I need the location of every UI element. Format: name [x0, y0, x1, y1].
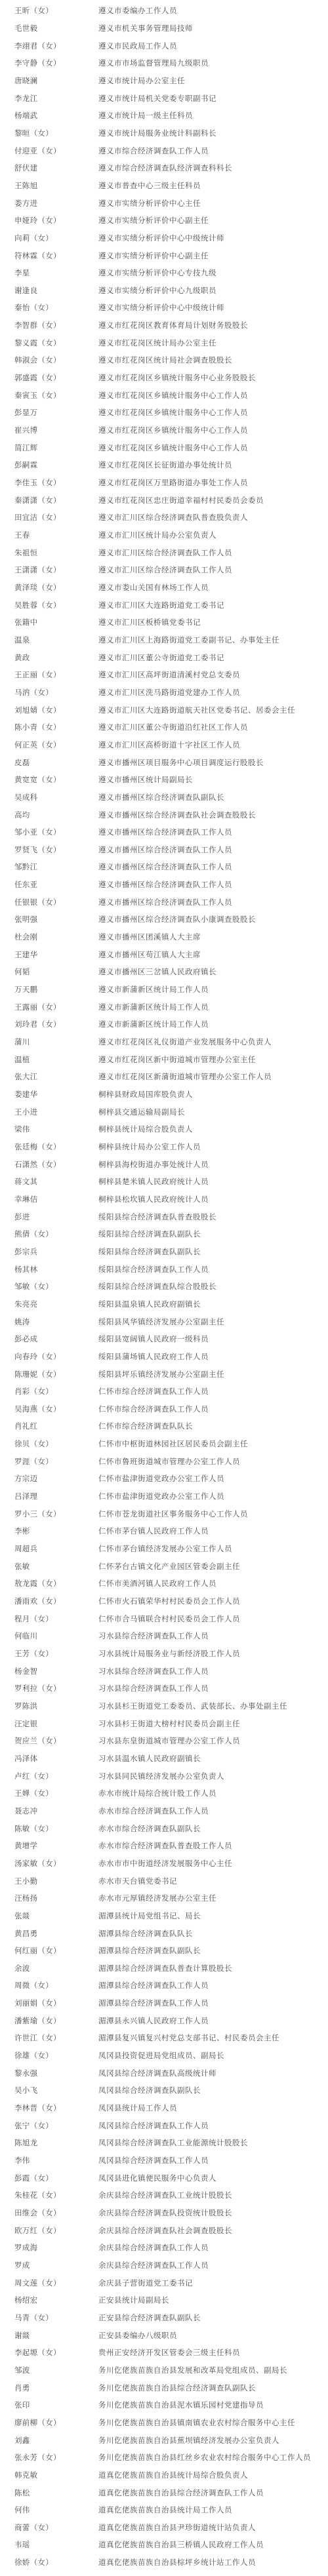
person-name: 吴小飞: [14, 2085, 37, 2095]
person-position: 桐梓县统计局综合股负责人: [98, 1124, 193, 1134]
person-name: 黄政: [14, 652, 30, 663]
list-item: 陈松道真仡佬族苗族自治县综合经济调查队工作人员: [0, 2484, 328, 2501]
person-name: 陈小青（女）: [14, 722, 61, 732]
person-name: 郭盛霞（女）: [14, 372, 61, 383]
person-name: 黎永强: [14, 2068, 37, 2078]
list-item: 商蕾（女）道真仡佬族苗族自治县尹珍街道统计站负责人: [0, 2519, 328, 2537]
person-name: 黄昌勇: [14, 1928, 37, 1939]
person-position: 道真仡佬族苗族自治县三桥镇人民政府工作人员: [98, 2539, 264, 2550]
list-item: 程月（女）仁怀市合马镇联合村村民委员会工作人员: [0, 1610, 328, 1627]
person-name: 申娅玲（女）: [14, 215, 61, 226]
list-item: 马汭（女）遵义市汇川区洗马路街道党建办工作人员: [0, 684, 328, 702]
list-item: 温泉遵义市汇川区上海路街道党工委副书记、办事处主任: [0, 631, 328, 649]
person-position: 遵义市汇川区高桥街道十字社区工作人员: [98, 740, 240, 750]
person-name: 方宗迈: [14, 1473, 37, 1484]
person-name: 任银银（女）: [14, 897, 61, 907]
person-position: 仁怀市综合经济调查队队长: [98, 1421, 193, 1431]
person-position: 务川仡佬族苗族自治县蕉坝镇经济发展办公室负责人: [98, 2435, 279, 2446]
person-name: 陈珊妮（女）: [14, 1369, 61, 1379]
person-position: 遵义市播州区综合经济调查队工作人员: [98, 879, 232, 890]
list-item: 申娅玲（女）遵义市实绩分析评价中心副主任: [0, 212, 328, 229]
person-position: 遵义市市场监督管理局九级职员: [98, 58, 209, 68]
person-position: 仁怀市鲁班街道城市管理办公室工作人员: [98, 1456, 240, 1467]
person-name: 李智群（女）: [14, 320, 61, 330]
person-name: 余波: [14, 1963, 30, 1973]
person-name: 徐贝（女）: [14, 1438, 53, 1449]
person-position: 凤冈县综合经济调查队工作人员: [98, 2155, 209, 2166]
list-item: 罗陈洪习水县杉王街道党工委委员、武装部长、办事处副主任: [0, 1697, 328, 1715]
list-item: 王婵（女）赤水市统计局综合统计股工作人员: [0, 1785, 328, 1802]
list-item: 向莉（女）遵义市实绩分析评价中心中级统计师: [0, 229, 328, 247]
list-item: 吴小飞凤冈县综合经济调查队副队长: [0, 2082, 328, 2099]
person-name: 廖前柳（女）: [14, 2417, 61, 2428]
person-position: 绥阳县坪乐镇经济发展办公室副主任: [98, 1369, 224, 1379]
person-position: 绥阳县综合经济调查队副队长: [98, 1246, 201, 1257]
person-name: 汪定银: [14, 1718, 37, 1729]
list-item: 陈小青（女）遵义市汇川区董公寺街道沿红社区工作人员: [0, 719, 328, 736]
person-position: 仁怀市盐津街道党政办公室工作人员: [98, 1491, 224, 1501]
list-item: 杨其林绥阳县综合经济调查队工作人员: [0, 1260, 328, 1278]
list-item: 刘鑫务川仡佬族苗族自治县蕉坝镇经济发展办公室负责人: [0, 2431, 328, 2449]
person-position: 遵义市综合经济调查队经济调查科科长: [98, 163, 232, 173]
list-item: 黎义霞（女）遵义市红花岗区统计局办公室主任: [0, 334, 328, 351]
person-name: 邹小亚（女）: [14, 827, 61, 837]
person-name: 李翊君（女）: [14, 41, 61, 51]
person-position: 习水县杉王街道党工委委员、武装部长、办事处副主任: [98, 1701, 287, 1711]
person-name: 周文莲（女）: [14, 2278, 61, 2288]
list-item: 廖前柳（女）务川仡佬族苗族自治县镇南镇农业农村综合服务中心主任: [0, 2414, 328, 2432]
list-item: 李龙江遵义市统计局机关党委专职副书记: [0, 89, 328, 107]
person-name: 张宁（女）: [14, 2120, 53, 2131]
person-position: 习水县同民镇经济发展办公室负责人: [98, 1771, 224, 1781]
list-item: 黎永强凤冈县综合经济调查队高级统计师: [0, 2064, 328, 2082]
person-name: 李守静（女）: [14, 58, 61, 68]
person-position: 务川仡佬族苗族自治县发展和改革局党组成员、副局长: [98, 2365, 287, 2375]
person-position: 遵义市新蒲新区统计局工作人员: [98, 984, 209, 995]
person-name: 陈松: [14, 2487, 30, 2498]
person-name: 唐晓澜: [14, 75, 37, 86]
person-position: 遵义市汇川区综合经济调查队普查股负责人: [98, 512, 248, 523]
person-name: 马青（女）: [14, 2312, 53, 2323]
person-position: 桐梓县楚米镇人民政府统计人员: [98, 1176, 209, 1187]
person-name: 罗陈洪: [14, 1701, 37, 1711]
person-position: 遵义市红花岗区乡镇统计服务中心工作人员: [98, 390, 248, 401]
person-position: 遵义市播州区综合经济调查队工作人员: [98, 844, 232, 855]
list-item: 蒲川遵义市红花岗区礼仪街道产业发展服务中心负责人: [0, 1033, 328, 1051]
person-name: 蒲川: [14, 1037, 30, 1047]
person-name: 秦寅玉（女）: [14, 390, 61, 401]
list-item: 邹波务川仡佬族苗族自治县发展和改革局党组成员、副局长: [0, 2362, 328, 2379]
person-name: 程月（女）: [14, 1614, 53, 1624]
list-item: 谢燚正安县委编办八级职员: [0, 2326, 328, 2344]
list-item: 任东亚遵义市播州区综合经济调查队工作人员: [0, 876, 328, 894]
list-item: 朱亮亮绥阳县温泉镇人民政府副镇长: [0, 1296, 328, 1313]
list-item: 黄泽琰（女）遵义市娄山关国有林场工作人员: [0, 579, 328, 597]
person-position: 余庆县综合经济调查队社会调查股股长: [98, 2225, 232, 2236]
list-item: 徐贝（女）仁怀市中枢街道林园社区居民委员会副主任: [0, 1435, 328, 1453]
person-position: 正安县统计局副局长: [98, 2295, 169, 2305]
person-position: 务川仡佬族苗族自治县红丝乡农业农村综合服务中心工作人员: [98, 2452, 311, 2463]
list-item: 罗涯（女）仁怀市鲁班街道城市管理办公室工作人员: [0, 1452, 328, 1470]
list-item: 汪定银习水县杉王街道大榜村村民委员会副主任: [0, 1714, 328, 1732]
person-name: 任东亚: [14, 879, 37, 890]
person-position: 遵义市实绩分析评价中心副主任: [98, 250, 209, 261]
person-position: 遵义市委编办工作人员: [98, 5, 177, 16]
person-position: 遵义市实绩分析评价中心中级统计师: [98, 233, 224, 243]
person-position: 务川仡佬族苗族自治县镇南镇农业农村综合服务中心主任: [98, 2417, 295, 2428]
list-item: 罗贤飞（女）遵义市播州区综合经济调查队工作人员: [0, 841, 328, 859]
person-name: 崔兴博: [14, 425, 37, 435]
person-position: 仁怀市合马镇联合村村民委员会工作人员: [98, 1614, 240, 1624]
person-name: 邹敏（女）: [14, 1281, 53, 1292]
person-position: 遵义市播州区综合经济调查队工作人员: [98, 827, 232, 837]
person-name: 黄泽琰（女）: [14, 582, 61, 593]
person-position: 遵义市实绩分析评价中心主任: [98, 198, 201, 208]
person-name: 朱亮亮: [14, 1299, 37, 1309]
person-position: 赤水市统计局综合统计股工作人员: [98, 1788, 216, 1798]
person-position: 余庆县综合经济调查队工业统计股股长: [98, 2190, 232, 2200]
person-name: 李龙江: [14, 93, 37, 104]
person-position: 桐梓县财政局国库股负责人: [98, 1089, 193, 1100]
person-name: 何临川: [14, 1631, 37, 1641]
person-position: 凤冈县投资促进局党组成员、副局长: [98, 2050, 224, 2061]
list-item: 黄宽宽（女）遵义市播州区统计局副局长: [0, 771, 328, 789]
list-item: 邹小亚（女）遵义市播州区综合经济调查队工作人员: [0, 823, 328, 841]
list-item: 杨绍宏正安县统计局副局长: [0, 2291, 328, 2309]
list-item: 李起塬（女）贵州正安经济开发区管委会三级主任科员: [0, 2344, 328, 2362]
person-name: 周微（女）: [14, 1980, 53, 1991]
person-name: 刘旭婧（女）: [14, 705, 61, 715]
list-item: 周文莲（女）余庆县子营街道党工委书记: [0, 2274, 328, 2291]
list-item: 黄昌勇湄潭县综合经济调查队队长: [0, 1924, 328, 1942]
person-position: 遵义市红花岗区万里路街道办事处工作人员: [98, 477, 248, 488]
list-item: 罗成海余庆县综合经济调查队工作人员: [0, 2239, 328, 2257]
person-name: 向春玲（女）: [14, 1351, 61, 1362]
person-name: 徐雄（女）: [14, 2050, 53, 2061]
list-item: 符林霖（女）遵义市实绩分析评价中心副主任: [0, 247, 328, 264]
person-position: 遵义市汇川区董公寺街道党工委书记: [98, 652, 224, 663]
person-name: 罗小三（女）: [14, 1509, 61, 1519]
person-name: 彭显万: [14, 407, 37, 418]
list-item: 娄方进遵义市实绩分析评价中心主任: [0, 194, 328, 212]
person-name: 王建华: [14, 949, 37, 960]
person-position: 遵义市红花岗区统计局社会调查股股长: [98, 355, 232, 365]
person-position: 遵义市播州区综合经济调查队工作人员: [98, 862, 232, 872]
list-item: 王芳（女）习水县统计局服务业与新经济股工作人员: [0, 1645, 328, 1663]
person-name: 韩克敏: [14, 2470, 37, 2480]
list-item: 李佳玉（女）遵义市红花岗区万里路街道办事处工作人员: [0, 474, 328, 492]
list-item: 罗利拉（女）习水县综合经济调查队工作人员: [0, 1680, 328, 1697]
person-name: 杨其林: [14, 1264, 37, 1275]
person-position: 遵义市红花岗区乡镇统计服务中心工作人员: [98, 443, 248, 453]
person-name: 王芳（女）: [14, 1648, 53, 1659]
list-item: 石潇然（女）桐梓县海校街道办事处统计人员: [0, 1155, 328, 1173]
person-position: 仁怀市美酒河镇人民政府工作人员: [98, 1578, 216, 1589]
person-name: 谢燚: [14, 2330, 30, 2341]
person-position: 遵义市汇川区董公寺街道沿红社区工作人员: [98, 722, 248, 732]
person-position: 遵义市统计局机关党委专职副书记: [98, 93, 216, 104]
person-name: 周超兵: [14, 1543, 37, 1554]
person-name: 肖彩（女）: [14, 1386, 53, 1397]
list-item: 杨金智习水县综合经济调查队工作人员: [0, 1662, 328, 1680]
person-position: 遵义市红花岗区新蒲街道城市管理办公室工作人员: [98, 1071, 272, 1082]
person-name: 罗涯（女）: [14, 1456, 53, 1467]
person-name: 温植: [14, 1054, 30, 1065]
name-position-list: 王昕（女）遵义市委编办工作人员毛世毅遵义市机关事务管理局技师李翊君（女）遵义市民…: [0, 2, 328, 2571]
person-position: 遵义市播州区团溪镇人大主席: [98, 932, 201, 942]
list-item: 吕泽理仁怀市盐津街道党政办公室工作人员: [0, 1488, 328, 1505]
person-position: 仁怀市火石镇荣华村村民委员会工作人员: [98, 1596, 240, 1606]
person-name: 皮磊: [14, 757, 30, 768]
person-position: 湄潭县综合经济调查队工作人员: [98, 1998, 209, 2008]
list-item: 敖龙霞（女）仁怀市美酒河镇人民政府工作人员: [0, 1575, 328, 1593]
person-position: 习水县综合经济调查队工作人员: [98, 1666, 209, 1676]
list-item: 张廷梅（女）桐梓县统计局办公室工作人员: [0, 1138, 328, 1156]
person-position: 遵义市实绩分析评价中心九级职员: [98, 285, 216, 296]
person-name: 王陈旭: [14, 180, 37, 191]
person-position: 凤冈县进化镇便民服务中心负责人: [98, 2173, 216, 2183]
person-name: 刘玲君（女）: [14, 1019, 61, 1029]
person-name: 彭霞（女）: [14, 2173, 53, 2183]
person-name: 张大江: [14, 1071, 37, 1082]
person-name: 欧万红（女）: [14, 2225, 61, 2236]
list-item: 张宁（女）凤冈县综合经济调查队工作人员: [0, 2116, 328, 2134]
list-item: 冯泽体习水县温水镇人民政府副镇长: [0, 1750, 328, 1768]
person-name: 张印: [14, 2400, 30, 2410]
list-item: 彭显万遵义市红花岗区乡镇统计服务中心工作人员: [0, 404, 328, 422]
list-item: 肖勇务川仡佬族苗族自治县综合经济调查队副队长: [0, 2379, 328, 2396]
list-item: 谢逢良遵义市实绩分析评价中心九级职员: [0, 282, 328, 300]
person-name: 罗贤飞（女）: [14, 844, 61, 855]
person-name: 毛世毅: [14, 23, 37, 33]
list-item: 徐娇（女）道真仡佬族苗族自治县棕坪乡统计站工作人员: [0, 2554, 328, 2571]
list-item: 何红丽（女）湄潭县综合经济调查队副队长: [0, 1942, 328, 1960]
person-position: 凤冈县综合经济调查队高级统计师: [98, 2068, 216, 2078]
person-name: 彭必成: [14, 1334, 37, 1344]
list-item: 皮磊遵义市播州区项目服务中心项目调度运行股股长: [0, 753, 328, 771]
person-position: 仁怀市苍龙街道社区事务服务中心工作人员: [98, 1509, 248, 1519]
list-item: 韩淑会（女）遵义市红花岗区统计局社会调查股股长: [0, 351, 328, 369]
person-position: 务川仡佬族苗族自治县综合经济调查队副队长: [98, 2383, 256, 2393]
list-item: 黎晅（女）遵义市统计局服务业统计科副科长: [0, 125, 328, 142]
list-item: 李翊君（女）遵义市民政局工作人员: [0, 37, 328, 54]
person-position: 正安县委编办八级职员: [98, 2330, 177, 2341]
list-item: 周超兵仁怀市茅台镇经济发展办公室工作人员: [0, 1540, 328, 1558]
person-position: 遵义市实绩分析评价中心中级统计师: [98, 302, 224, 313]
person-name: 黄宽宽（女）: [14, 774, 61, 785]
person-position: 遵义市汇川区大连路街道航天社区党委书记、居委会主任: [98, 705, 295, 715]
person-position: 湄潭县复兴镇复兴村党总支部书记、村民委员会主任: [98, 2032, 279, 2043]
person-name: 李林晋（女）: [14, 2103, 61, 2113]
person-position: 遵义市汇川区洗马路街道党建办工作人员: [98, 687, 240, 698]
person-name: 马汭（女）: [14, 687, 53, 698]
person-position: 习水县综合经济调查队工作人员: [98, 1683, 209, 1694]
list-item: 王露丽（女）遵义市新蒲新区统计局工作人员: [0, 998, 328, 1016]
person-name: 朱祖恒: [14, 547, 37, 558]
person-name: 韦瑶: [14, 2539, 30, 2550]
person-name: 潘紫瑜（女）: [14, 2015, 61, 2026]
person-name: 王小勤: [14, 1876, 37, 1886]
list-item: 杜会刚遵义市播州区团溪镇人大主席: [0, 928, 328, 946]
list-item: 秦怡（女）遵义市实绩分析评价中心中级统计师: [0, 299, 328, 317]
person-name: 秦怡（女）: [14, 302, 53, 313]
person-position: 遵义市综合经济调查队工作人员: [98, 146, 209, 156]
list-item: 韦瑶道真仡佬族苗族自治县三桥镇人民政府工作人员: [0, 2536, 328, 2554]
person-position: 正安县综合经济调查队副队长: [98, 2312, 201, 2323]
list-item: 彭必成绥阳县宽阔镇人民政府一级科员: [0, 1330, 328, 1348]
person-name: 卢红（女）: [14, 1771, 53, 1781]
person-name: 罗成: [14, 2260, 30, 2270]
person-position: 凤冈县综合经济调查队副队长: [98, 2085, 201, 2095]
person-position: 遵义市播州区综合经济调查队副队长: [98, 792, 224, 803]
person-name: 幸琳佶: [14, 1194, 37, 1204]
person-position: 仁怀市综合经济调查队工作人员: [98, 1404, 209, 1414]
person-position: 仁怀茅台古镇文化产业园区管委会副主任: [98, 1561, 240, 1572]
person-name: 吴成科: [14, 792, 37, 803]
person-name: 张永芳（女）: [14, 2452, 61, 2463]
person-name: 许世江（女）: [14, 2032, 61, 2043]
person-name: 高均: [14, 810, 30, 820]
person-name: 张籍中: [14, 617, 37, 627]
person-name: 聂志冲: [14, 1806, 37, 1816]
person-name: 张明强: [14, 914, 37, 924]
person-name: 符林霖（女）: [14, 250, 61, 261]
person-position: 仁怀市茅台镇经济发展办公室工作人员: [98, 1543, 232, 1554]
person-name: 王潇潇（女）: [14, 565, 61, 575]
person-position: 遵义市汇川区上海路街道党工委副书记、办事处主任: [98, 635, 279, 645]
list-item: 方宗迈仁怀市盐津街道党政办公室工作人员: [0, 1470, 328, 1488]
list-item: 秦潇潇（女）遵义市红花岗区忠庄街道幸福村村民委员会委员: [0, 491, 328, 509]
list-item: 肖礼红仁怀市综合经济调查队队长: [0, 1417, 328, 1435]
list-item: 韩克敏道真仡佬族苗族自治县统计局综合股负责人: [0, 2467, 328, 2484]
person-position: 余庆县综合经济调查队投资统计股股长: [98, 2208, 232, 2218]
list-item: 郭盛霞（女）遵义市红花岗区乡镇统计服务中心业务股股长: [0, 369, 328, 387]
list-item: 李智群（女）遵义市红花岗区教育体育局计划财务股股长: [0, 317, 328, 334]
list-item: 田维会（女）余庆县综合经济调查队投资统计股股长: [0, 2204, 328, 2222]
person-name: 朱桂花（女）: [14, 2190, 61, 2200]
person-name: 张敏: [14, 1561, 30, 1572]
person-name: 王小进: [14, 1107, 37, 1117]
person-position: 遵义市汇川区大连路街道党工委书记: [98, 600, 224, 610]
person-position: 仁怀市茅台镇人民政府工作人员: [98, 1526, 209, 1536]
list-item: 秦寅玉（女）遵义市红花岗区乡镇统计服务中心工作人员: [0, 386, 328, 404]
list-item: 汪杨扬赤水市元厚镇经济发展办公室主任: [0, 1890, 328, 1907]
list-item: 吴成科遵义市播州区综合经济调查队副队长: [0, 789, 328, 806]
person-position: 遵义市红花岗区统计局办公室主任: [98, 338, 216, 348]
list-item: 王小勤赤水市天台镇党委书记: [0, 1872, 328, 1890]
list-item: 李星遵义市实绩分析评价中心专技九级: [0, 264, 328, 282]
list-item: 黄政遵义市汇川区董公寺街道党工委书记: [0, 648, 328, 666]
list-item: 罗小三（女）仁怀市苍龙街道社区事务服务中心工作人员: [0, 1505, 328, 1522]
person-position: 习水县综合经济调查队工作人员: [98, 1631, 209, 1641]
person-name: 商蕾（女）: [14, 2522, 53, 2533]
person-position: 道真仡佬族苗族自治县综合经济调查队工作人员: [98, 2487, 264, 2498]
person-name: 熊倩（女）: [14, 1229, 53, 1239]
list-item: 王潇潇（女）遵义市汇川区综合经济调查队工作人员: [0, 561, 328, 579]
list-item: 简江辉遵义市红花岗区乡镇统计服务中心工作人员: [0, 439, 328, 456]
person-name: 田宜洁（女）: [14, 512, 61, 523]
list-item: 姚涛绥阳县风华镇经济发展办公室副主任: [0, 1313, 328, 1330]
person-position: 遵义市娄山关国有林场工作人员: [98, 582, 209, 593]
person-name: 汤家敏（女）: [14, 1858, 61, 1869]
list-item: 彭进绥阳县综合经济调查队普查股股长: [0, 1208, 328, 1225]
person-position: 遵义市统计局办公室主任: [98, 75, 185, 86]
person-name: 娄建华: [14, 1089, 37, 1100]
list-item: 李伟凤冈县综合经济调查队工作人员: [0, 2152, 328, 2170]
person-position: 湄潭县综合经济调查队工作人员: [98, 1980, 209, 1991]
list-item: 卢红（女）习水县同民镇经济发展办公室负责人: [0, 1767, 328, 1785]
person-position: 遵义市统计局一级主任科员: [98, 110, 193, 121]
person-name: 向莉（女）: [14, 233, 53, 243]
person-name: 黄增学: [14, 1840, 37, 1851]
list-item: 欧万红（女）余庆县综合经济调查队社会调查股股长: [0, 2221, 328, 2239]
person-name: 舒伏建: [14, 163, 37, 173]
list-item: 潘紫瑜（女）湄潭县永兴镇人民政府工作人员: [0, 2011, 328, 2029]
person-position: 遵义市播州区三岔镇人民政府镇长: [98, 966, 216, 977]
list-item: 幸琳佶桐梓县松坎镇人民政府统计人员: [0, 1191, 328, 1208]
person-position: 仁怀市盐津街道党政办公室工作人员: [98, 1473, 224, 1484]
person-position: 绥阳县宽阔镇人民政府一级科员: [98, 1334, 209, 1344]
person-position: 遵义市播州区综合经济调查队社会调查股股长: [98, 810, 256, 820]
person-position: 遵义市实绩分析评价中心专技九级: [98, 268, 216, 278]
person-position: 凤冈县统计局工作人员: [98, 2103, 177, 2113]
person-name: 刘鑫: [14, 2435, 30, 2446]
person-name: 温泉: [14, 635, 30, 645]
person-name: 李伟: [14, 2155, 30, 2166]
list-item: 王昕（女）遵义市委编办工作人员: [0, 2, 328, 20]
list-item: 彭霞（女）凤冈县进化镇便民服务中心负责人: [0, 2169, 328, 2187]
person-name: 石潇然（女）: [14, 1159, 61, 1170]
person-name: 冯泽体: [14, 1753, 37, 1764]
list-item: 李彬仁怀市茅台镇人民政府工作人员: [0, 1522, 328, 1540]
person-position: 习水县温水镇人民政府副镇长: [98, 1753, 201, 1764]
person-position: 遵义市民政局工作人员: [98, 41, 177, 51]
person-name: 罗利拉（女）: [14, 1683, 61, 1694]
person-name: 王正丽（女）: [14, 669, 61, 680]
list-item: 唐晓澜遵义市统计局办公室主任: [0, 72, 328, 90]
person-position: 绥阳县温泉镇人民政府副镇长: [98, 1299, 201, 1309]
person-position: 仁怀市综合经济调查队工作人员: [98, 1386, 209, 1397]
person-name: 何韬: [14, 966, 30, 977]
person-position: 桐梓县统计局办公室工作人员: [98, 1141, 201, 1152]
person-position: 遵义市红花岗区新中街道城市管理办公室主任: [98, 1054, 256, 1065]
list-item: 王建华遵义市播州区苟江镇人大主席: [0, 945, 328, 963]
person-position: 遵义市红花岗区礼仪街道产业发展服务中心负责人: [98, 1037, 272, 1047]
list-item: 付迎亚（女）遵义市综合经济调查队工作人员: [0, 142, 328, 159]
list-item: 周微（女）湄潭县综合经济调查队工作人员: [0, 1977, 328, 1994]
person-name: 杨绍宏: [14, 2295, 37, 2305]
person-name: 杨端武: [14, 110, 37, 121]
person-position: 绥阳县综合经济调查队普查股股长: [98, 1212, 216, 1222]
person-position: 遵义市实绩分析评价中心副主任: [98, 215, 209, 226]
list-item: 聂志冲赤水市综合经济调查队工作人员: [0, 1802, 328, 1820]
person-position: 遵义市汇川区板桥镇党委书记: [98, 617, 201, 627]
person-position: 湄潭县综合经济调查队普查计算股股长: [98, 1963, 232, 1973]
person-name: 李佳玉（女）: [14, 477, 61, 488]
person-name: 徐娇（女）: [14, 2557, 53, 2567]
list-item: 李林晋（女）凤冈县统计局工作人员: [0, 2099, 328, 2117]
list-item: 张永芳（女）务川仡佬族苗族自治县红丝乡农业农村综合服务中心工作人员: [0, 2449, 328, 2467]
person-position: 遵义市红花岗区乡镇统计服务中心工作人员: [98, 425, 248, 435]
person-name: 王婵（女）: [14, 1788, 53, 1798]
person-name: 吴海燕（女）: [14, 1404, 61, 1414]
person-name: 李起塬（女）: [14, 2347, 61, 2358]
list-item: 邹敏（女）绥阳县综合经济调查队综合股股长: [0, 1278, 328, 1296]
person-position: 道真仡佬族苗族自治县统计局工作人员: [98, 2505, 232, 2515]
person-position: 道真仡佬族苗族自治县棕坪乡统计站工作人员: [98, 2557, 256, 2567]
person-name: 邹黔江: [14, 862, 37, 872]
person-position: 遵义市播州区项目服务中心项目调度运行股股长: [98, 757, 264, 768]
